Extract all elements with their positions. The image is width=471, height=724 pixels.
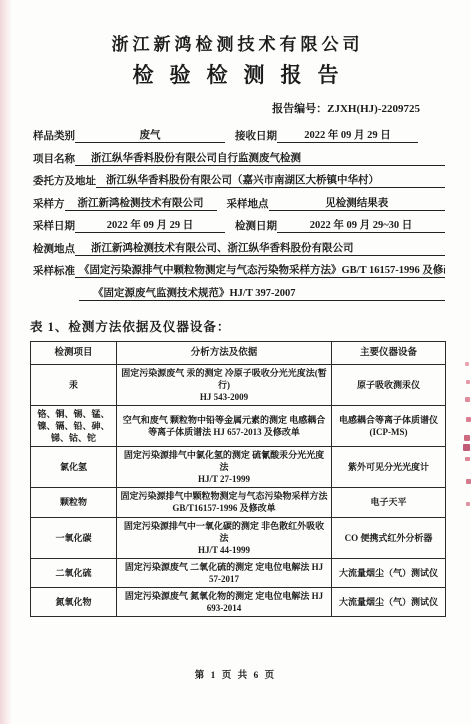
cell-test-item: 汞 xyxy=(31,364,117,405)
project-name-label: 项目名称 xyxy=(33,153,75,166)
cell-method: 空气和废气 颗粒物中铅等金属元素的测定 电感耦合等离子体质谱法 HJ 657-2… xyxy=(117,405,332,446)
cell-instrument: 紫外可见分光光度计 xyxy=(332,446,446,487)
method-line1: 空气和废气 颗粒物中铅等金属元素的测定 电感耦合等离子体质谱法 HJ 657-2… xyxy=(120,414,328,438)
cell-instrument: 电感耦合等离子体质谱仪(ICP-MS) xyxy=(332,405,446,446)
test-site-label: 检测地点 xyxy=(33,243,75,256)
test-site-value: 浙江新鸿检测技术有限公司、浙江纵华香料股份有限公司 xyxy=(75,242,445,256)
header-method: 分析方法及依据 xyxy=(117,341,332,364)
form-row-test-site: 检测地点 浙江新鸿检测技术有限公司、浙江纵华香料股份有限公司 xyxy=(33,242,445,256)
client-address-value: 浙江纵华香料股份有限公司（嘉兴市南湖区大桥镇中华村） xyxy=(96,174,445,188)
cell-method: 固定污染源排气中氯化氢的测定 硫氰酸汞分光光度法HJ/T 27-1999 xyxy=(117,446,332,487)
table1-caption: 表 1、检测方法依据及仪器设备： xyxy=(30,317,471,335)
cell-test-item: 一氧化碳 xyxy=(31,517,117,558)
method-line1: 固定污染源废气 氮氧化物的测定 定电位电解法 HJ 693-2014 xyxy=(120,590,328,614)
method-line1: 固定污染源排气中氯化氢的测定 硫氰酸汞分光光度法 xyxy=(120,449,328,473)
header-test-item: 检测项目 xyxy=(31,341,117,364)
method-line1: 固定污染源排气中颗粒物测定与气态污染物采样方法 xyxy=(120,490,328,502)
cell-method: 固定污染源排气中一氧化碳的测定 非色散红外吸收法HJ/T 44-1999 xyxy=(117,517,332,558)
receive-date-label: 接收日期 xyxy=(225,130,277,143)
sampler-value: 浙江新鸿检测技术有限公司 xyxy=(65,197,217,211)
sampling-date-value: 2022 年 09 月 29 日 xyxy=(75,219,225,233)
report-number-value: ZJXH(HJ)-2209725 xyxy=(327,103,420,115)
sample-type-label: 样品类别 xyxy=(33,130,75,143)
methods-table: 检测项目 分析方法及依据 主要仪器设备 汞 固定污染源废气 汞的测定 冷原子吸收… xyxy=(30,341,446,617)
cell-test-item: 铬、铜、锡、锰、镍、镉、铅、砷、锑、钴、铊 xyxy=(31,405,117,446)
table-header-row: 检测项目 分析方法及依据 主要仪器设备 xyxy=(31,341,446,364)
form-row-standard-2: 《固定源废气监测技术规范》HJ/T 397-2007 xyxy=(33,287,445,301)
method-line1: 固定污染源废气 二氧化硫的测定 定电位电解法 HJ 57-2017 xyxy=(120,561,328,585)
cell-instrument: 大流量烟尘（气）测试仪 xyxy=(332,558,446,587)
report-header-form: 样品类别 废气 接收日期 2022 年 09 月 29 日 项目名称 浙江纵华香… xyxy=(33,129,445,301)
client-address-label: 委托方及地址 xyxy=(33,175,96,188)
page-number: 第 1 页 共 6 页 xyxy=(0,667,471,681)
cell-test-item: 颗粒物 xyxy=(31,487,117,517)
project-name-value: 浙江纵华香料股份有限公司自行监测废气检测 xyxy=(75,152,445,166)
sampling-standard-line2: 《固定源废气监测技术规范》HJ/T 397-2007 xyxy=(79,287,445,301)
table-row: 二氧化硫 固定污染源废气 二氧化硫的测定 定电位电解法 HJ 57-2017 大… xyxy=(31,558,446,587)
receive-date-value: 2022 年 09 月 29 日 xyxy=(277,129,418,143)
method-line1: 固定污染源排气中一氧化碳的测定 非色散红外吸收法 xyxy=(120,520,328,544)
cell-test-item: 氮氧化物 xyxy=(31,587,117,616)
form-row-client: 委托方及地址 浙江纵华香料股份有限公司（嘉兴市南湖区大桥镇中华村） xyxy=(33,174,445,188)
report-sheet: 浙江新鸿检测技术有限公司 检验检测报告 报告编号：ZJXH(HJ)-220972… xyxy=(0,0,471,617)
scanned-report-page: { "page": { "company": "浙江新鸿检测技术有限公司", "… xyxy=(0,0,471,724)
cell-test-item: 氯化氢 xyxy=(31,446,117,487)
test-date-label: 检测日期 xyxy=(225,220,277,233)
sampling-date-label: 采样日期 xyxy=(33,220,75,233)
method-line2: HJ/T 44-1999 xyxy=(120,544,328,556)
cell-method: 固定污染源废气 氮氧化物的测定 定电位电解法 HJ 693-2014 xyxy=(117,587,332,616)
cell-instrument: 原子吸收测汞仪 xyxy=(332,364,446,405)
method-line1: 固定污染源废气 汞的测定 冷原子吸收分光光度法(暂行) xyxy=(120,367,328,391)
method-line2: GB/T16157-1996 及修改单 xyxy=(120,502,328,514)
method-line2: HJ 543-2009 xyxy=(120,391,328,403)
sampling-standard-line1: 《固定污染源排气中颗粒物测定与气态污染物采样方法》GB/T 16157-1996… xyxy=(75,264,445,278)
report-number-line: 报告编号：ZJXH(HJ)-2209725 xyxy=(0,100,420,116)
report-number-label: 报告编号： xyxy=(272,103,327,115)
sampling-site-value: 见检测结果表 xyxy=(269,197,446,211)
form-row-standard-1: 采样标准 《固定污染源排气中颗粒物测定与气态污染物采样方法》GB/T 16157… xyxy=(33,264,445,278)
sampler-label: 采样方 xyxy=(33,198,65,211)
cell-instrument: 电子天平 xyxy=(332,487,446,517)
sample-type-value: 废气 xyxy=(75,129,225,143)
table-row: 汞 固定污染源废气 汞的测定 冷原子吸收分光光度法(暂行)HJ 543-2009… xyxy=(31,364,446,405)
table-row: 氯化氢 固定污染源排气中氯化氢的测定 硫氰酸汞分光光度法HJ/T 27-1999… xyxy=(31,446,446,487)
cell-method: 固定污染源废气 汞的测定 冷原子吸收分光光度法(暂行)HJ 543-2009 xyxy=(117,364,332,405)
sampling-standard-label: 采样标准 xyxy=(33,265,75,278)
cell-method: 固定污染源排气中颗粒物测定与气态污染物采样方法GB/T16157-1996 及修… xyxy=(117,487,332,517)
form-row-sample-type: 样品类别 废气 接收日期 2022 年 09 月 29 日 xyxy=(33,129,418,143)
form-row-sampler: 采样方 浙江新鸿检测技术有限公司 采样地点 见检测结果表 xyxy=(33,197,445,211)
cell-instrument: 大流量烟尘（气）测试仪 xyxy=(332,587,446,616)
cell-test-item: 二氧化硫 xyxy=(31,558,117,587)
sampling-site-label: 采样地点 xyxy=(217,198,269,211)
table-row: 一氧化碳 固定污染源排气中一氧化碳的测定 非色散红外吸收法HJ/T 44-199… xyxy=(31,517,446,558)
table-row: 氮氧化物 固定污染源废气 氮氧化物的测定 定电位电解法 HJ 693-2014 … xyxy=(31,587,446,616)
table-row: 颗粒物 固定污染源排气中颗粒物测定与气态污染物采样方法GB/T16157-199… xyxy=(31,487,446,517)
table-row: 铬、铜、锡、锰、镍、镉、铅、砷、锑、钴、铊 空气和废气 颗粒物中铅等金属元素的测… xyxy=(31,405,446,446)
cell-method: 固定污染源废气 二氧化硫的测定 定电位电解法 HJ 57-2017 xyxy=(117,558,332,587)
test-date-value: 2022 年 09 月 29~30 日 xyxy=(277,219,445,233)
cell-instrument: CO 便携式红外分析器 xyxy=(332,517,446,558)
method-line2: HJ/T 27-1999 xyxy=(120,473,328,485)
header-instrument: 主要仪器设备 xyxy=(332,341,446,364)
company-name: 浙江新鸿检测技术有限公司 xyxy=(0,30,471,55)
form-row-sampling-date: 采样日期 2022 年 09 月 29 日 检测日期 2022 年 09 月 2… xyxy=(33,219,445,233)
report-title: 检验检测报告 xyxy=(0,59,471,89)
form-row-project: 项目名称 浙江纵华香料股份有限公司自行监测废气检测 xyxy=(33,152,445,166)
